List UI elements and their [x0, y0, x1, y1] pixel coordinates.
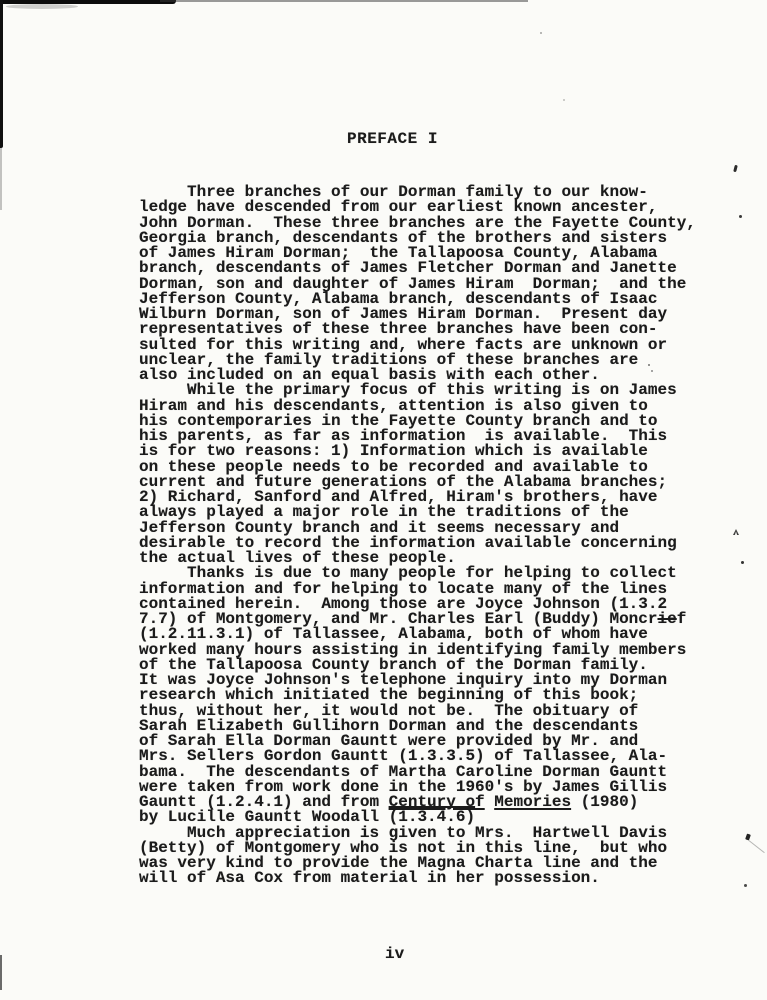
text-line: will of Asa Cox from material in her pos…: [139, 871, 729, 886]
scanned-document-page: PREFACE I Three branches of our Dorman f…: [0, 0, 767, 1000]
text-segment: ie: [657, 610, 676, 628]
ink-speck: [733, 529, 739, 535]
preface-body-text: Three branches of our Dorman family to o…: [139, 185, 729, 887]
ink-speck: [540, 32, 542, 34]
text-segment: f: [677, 610, 687, 628]
ink-speck: [739, 215, 742, 218]
ink-speck: [741, 561, 744, 564]
text-segment: Memories: [494, 793, 571, 811]
page-title: PREFACE I: [347, 130, 438, 148]
ink-speck: [744, 884, 747, 887]
scan-edge-top-faint: [160, 0, 528, 2]
text-segment: will of Asa Cox from material in her pos…: [139, 869, 600, 887]
ink-speck: [745, 833, 751, 840]
scan-scratch: [748, 840, 764, 853]
ink-speck: [563, 99, 565, 101]
ink-speck: [733, 165, 738, 173]
scan-edge-top-smudge: [6, 4, 78, 9]
text-segment: (1980): [571, 793, 638, 811]
scan-edge-left: [0, 0, 3, 148]
text-segment: [485, 793, 495, 811]
page-number: iv: [385, 945, 404, 963]
scan-edge-left-fade: [0, 148, 2, 210]
scan-edge-top-dark: [0, 0, 176, 4]
scan-edge-left-bottom: [0, 955, 2, 990]
